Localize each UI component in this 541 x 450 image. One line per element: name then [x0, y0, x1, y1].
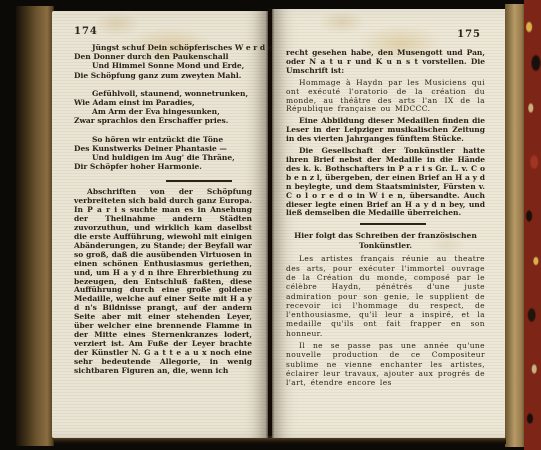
letter-heading: Hier folgt das Schreiben der französisch…: [294, 231, 477, 250]
poem-line: Des Kunstwerks Deiner Phantasie —: [74, 144, 252, 153]
poem-line: Wie Adam einst im Paradies,: [74, 98, 252, 107]
left-page-paragraph: Abschriften von der Schöpfung verbreitet…: [74, 188, 252, 375]
medal-inscription: Hommage à Haydn par les Musiciens qui on…: [286, 79, 485, 115]
book-left-edge: [16, 6, 54, 446]
letter-paragraph: Il ne se passe pas une année qu'une nouv…: [286, 341, 485, 387]
poem-stanza: Gefühlvoll, staunend, wonnetrunken, Wie …: [74, 89, 252, 126]
poem-line: Dir Schöpfer hoher Harmonie.: [74, 162, 252, 171]
poem-line: Zwar sprachlos den Erschaffer pries.: [74, 116, 252, 125]
poem-stanza: So hören wir entzückt die Töne Des Kunst…: [74, 135, 252, 172]
medal-image-note: Eine Abbildung dieser Medaillen finden d…: [286, 117, 485, 144]
poem: Jüngst schuf Dein schöpferisches W e r d…: [74, 43, 252, 171]
marbled-cover-edge: [524, 0, 541, 450]
french-letter: Les artistes français réunie au theatre …: [286, 254, 485, 387]
poem-line: Den Donner durch den Paukenschall: [74, 52, 252, 61]
right-page: 175 recht gesehen habe, den Musengott un…: [272, 9, 505, 438]
poem-line: Jüngst schuf Dein schöpferisches W e r d…: [74, 43, 252, 52]
poem-line: Am Arm der Eva hingesunken,: [74, 107, 252, 116]
poem-line: Und Himmel Sonne Mond und Erde,: [74, 61, 252, 70]
left-page: 174 Jüngst schuf Dein schöpferisches W e…: [52, 11, 268, 438]
section-rule: [166, 180, 232, 182]
page-number-left: 174: [74, 26, 98, 37]
continuation-paragraph: recht gesehen habe, den Musengott und Pa…: [286, 49, 485, 76]
right-page-content: recht gesehen habe, den Musengott und Pa…: [272, 49, 505, 390]
section-rule: [360, 223, 426, 225]
page-block-edge: [505, 4, 526, 447]
poem-line: Und huldigen im Aug' die Thräne,: [74, 153, 252, 162]
page-number-right: 175: [457, 29, 481, 40]
poem-stanza: Jüngst schuf Dein schöpferisches W e r d…: [74, 43, 252, 80]
poem-line: Gefühlvoll, staunend, wonnetrunken,: [74, 89, 252, 98]
book-photo: 174 Jüngst schuf Dein schöpferisches W e…: [0, 0, 541, 450]
left-page-content: Jüngst schuf Dein schöpferisches W e r d…: [52, 43, 268, 378]
letter-paragraph: Les artistes français réunie au theatre …: [286, 254, 485, 338]
book-gutter: [266, 8, 274, 438]
poem-line: So hören wir entzückt die Töne: [74, 135, 252, 144]
poem-line: Die Schöpfung ganz zum zweyten Mahl.: [74, 71, 252, 80]
society-paragraph: Die Gesellschaft der Tonkünstler hatte i…: [286, 147, 485, 218]
